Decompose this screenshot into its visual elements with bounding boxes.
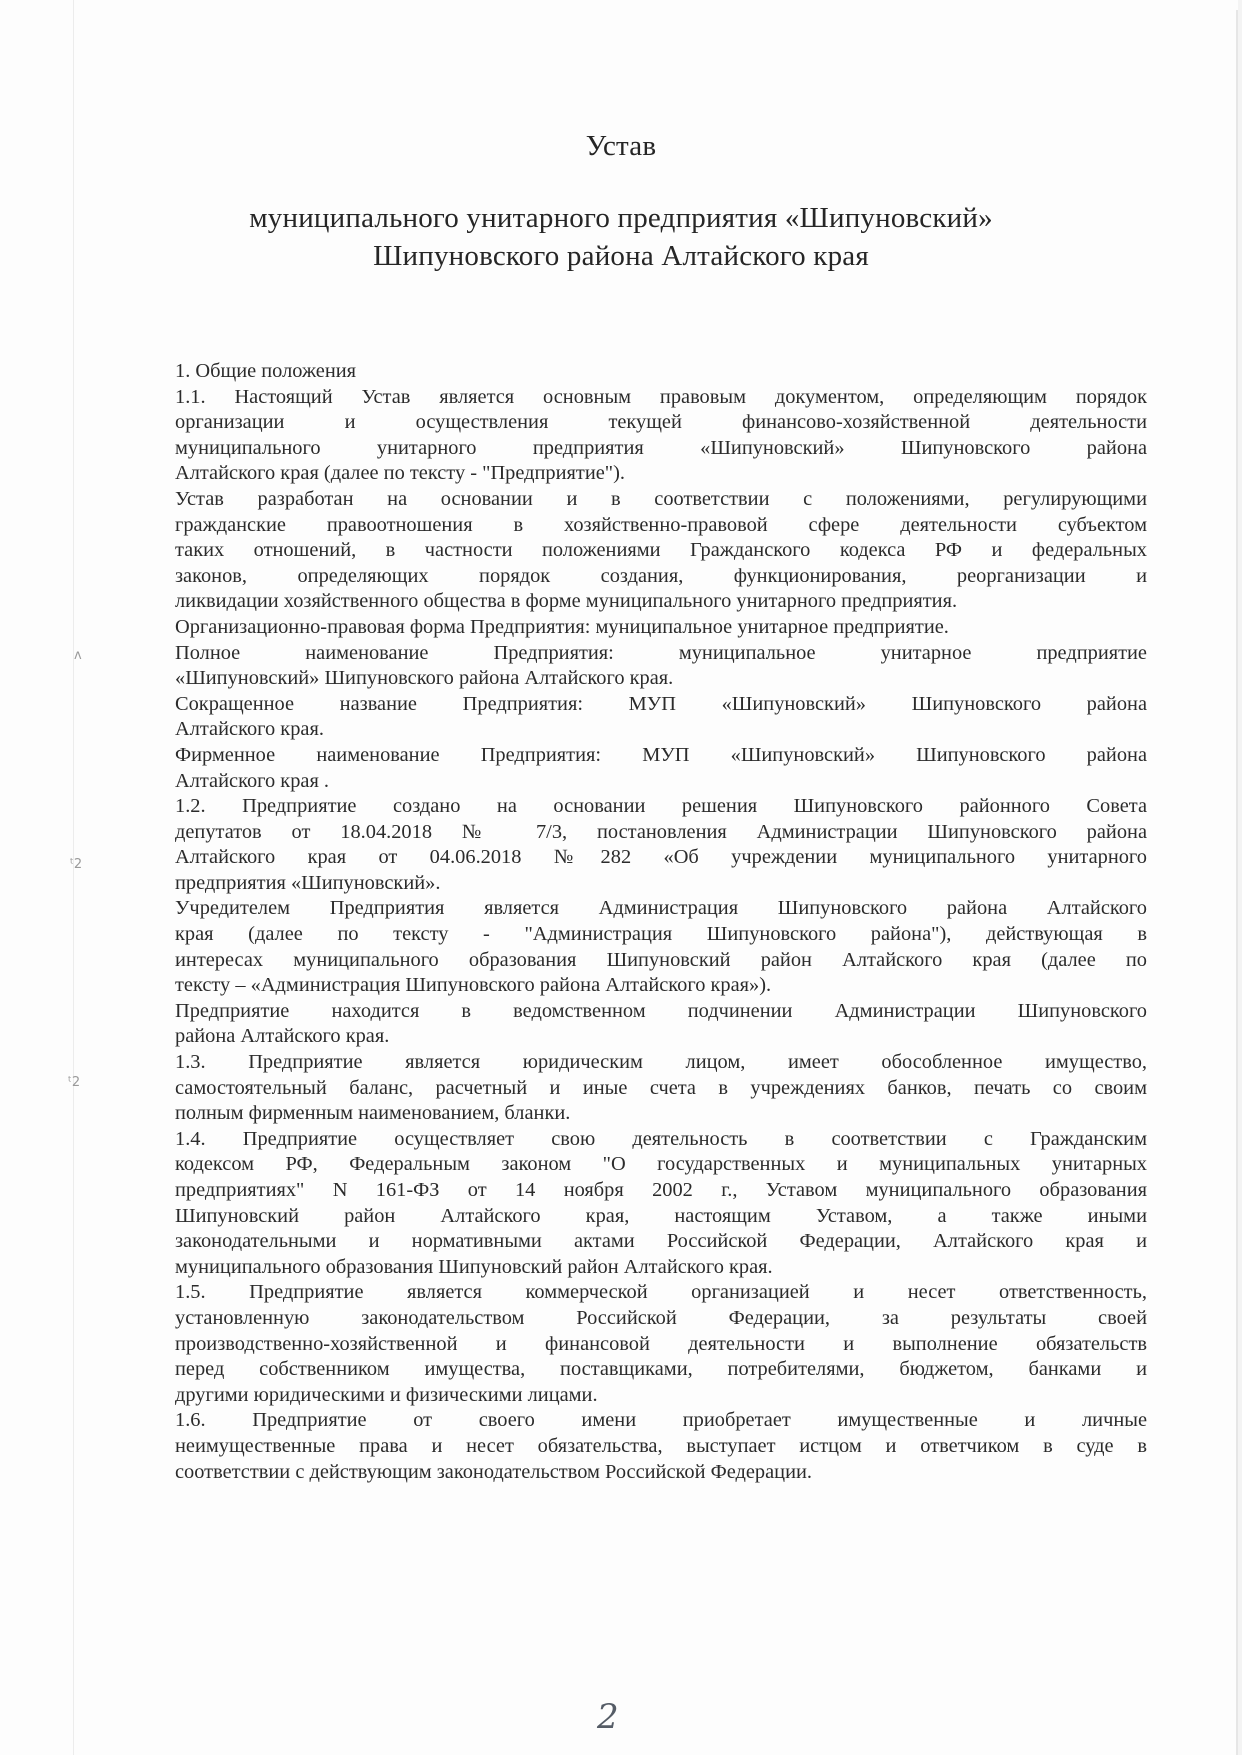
margin-scan-mark: ᵗ2 — [68, 1075, 80, 1090]
body-line: перед собственником имущества, поставщик… — [175, 1357, 1147, 1383]
body-line: полным фирменным наименованием, бланки. — [175, 1101, 1147, 1127]
document-subtitle-line-2: Шипуновского района Алтайского края — [0, 240, 1242, 273]
body-line: 1.1. Настоящий Устав является основным п… — [175, 385, 1147, 411]
body-line: края (далее по тексту - "Администрация Ш… — [175, 922, 1147, 948]
margin-scan-mark: ᵗ2 — [70, 857, 82, 872]
body-line: Шипуновский район Алтайского края, насто… — [175, 1204, 1147, 1230]
body-line: Учредителем Предприятия является Админис… — [175, 896, 1147, 922]
body-line: «Шипуновский» Шипуновского района Алтайс… — [175, 666, 1147, 692]
body-line: законов, определяющих порядок создания, … — [175, 564, 1147, 590]
document-page: ʌ ᵗ2 ᵗ2 Устав муниципального унитарного … — [0, 0, 1242, 1755]
body-line: 1.5. Предприятие является коммерческой о… — [175, 1280, 1147, 1306]
body-line: другими юридическими и физическими лицам… — [175, 1383, 1147, 1409]
body-line: 1.4. Предприятие осуществляет свою деяте… — [175, 1127, 1147, 1153]
body-line: таких отношений, в частности положениями… — [175, 538, 1147, 564]
document-title: Устав — [0, 130, 1242, 163]
page-number: 2 — [597, 1697, 619, 1737]
document-body: 1. Общие положения1.1. Настоящий Устав я… — [175, 359, 1147, 1485]
body-line: муниципального образования Шипуновский р… — [175, 1255, 1147, 1281]
body-line: 1.6. Предприятие от своего имени приобре… — [175, 1408, 1147, 1434]
body-line: интересах муниципального образования Шип… — [175, 948, 1147, 974]
body-line: Полное наименование Предприятия: муницип… — [175, 641, 1147, 667]
body-line: муниципального унитарного предприятия «Ш… — [175, 436, 1147, 462]
body-line: Алтайского края. — [175, 717, 1147, 743]
body-line: депутатов от 18.04.2018 № 7/3, постановл… — [175, 820, 1147, 846]
document-subtitle-line-1: муниципального унитарного предприятия «Ш… — [0, 202, 1242, 235]
body-line: установленную законодательством Российск… — [175, 1306, 1147, 1332]
margin-scan-mark: ʌ — [74, 648, 82, 663]
body-line: Устав разработан на основании и в соотве… — [175, 487, 1147, 513]
body-line: района Алтайского края. — [175, 1024, 1147, 1050]
body-line: организации и осуществления текущей фина… — [175, 410, 1147, 436]
body-line: Предприятие находится в ведомственном по… — [175, 999, 1147, 1025]
body-line: тексту – «Администрация Шипуновского рай… — [175, 973, 1147, 999]
body-line: соответствии с действующим законодательс… — [175, 1460, 1147, 1486]
body-line: гражданские правоотношения в хозяйственн… — [175, 513, 1147, 539]
body-line: Алтайского края . — [175, 769, 1147, 795]
body-line: предприятиях" N 161-ФЗ от 14 ноября 2002… — [175, 1178, 1147, 1204]
body-line: самостоятельный баланс, расчетный и иные… — [175, 1076, 1147, 1102]
body-line: предприятия «Шипуновский». — [175, 871, 1147, 897]
body-line: Сокращенное название Предприятия: МУП «Ш… — [175, 692, 1147, 718]
body-line: кодексом РФ, Федеральным законом "О госу… — [175, 1152, 1147, 1178]
body-line: ликвидации хозяйственного общества в фор… — [175, 589, 1147, 615]
body-line: 1.2. Предприятие создано на основании ре… — [175, 794, 1147, 820]
body-line: 1.3. Предприятие является юридическим ли… — [175, 1050, 1147, 1076]
section-heading: 1. Общие положения — [175, 359, 1147, 385]
body-line: Фирменное наименование Предприятия: МУП … — [175, 743, 1147, 769]
body-line: законодательными и нормативными актами Р… — [175, 1229, 1147, 1255]
body-line: Алтайского края от 04.06.2018 №282 «Об у… — [175, 845, 1147, 871]
body-line: производственно-хозяйственной и финансов… — [175, 1332, 1147, 1358]
body-line: Алтайского края (далее по тексту - "Пред… — [175, 461, 1147, 487]
body-line: Организационно-правовая форма Предприяти… — [175, 615, 1147, 641]
body-line: неимущественные права и несет обязательс… — [175, 1434, 1147, 1460]
